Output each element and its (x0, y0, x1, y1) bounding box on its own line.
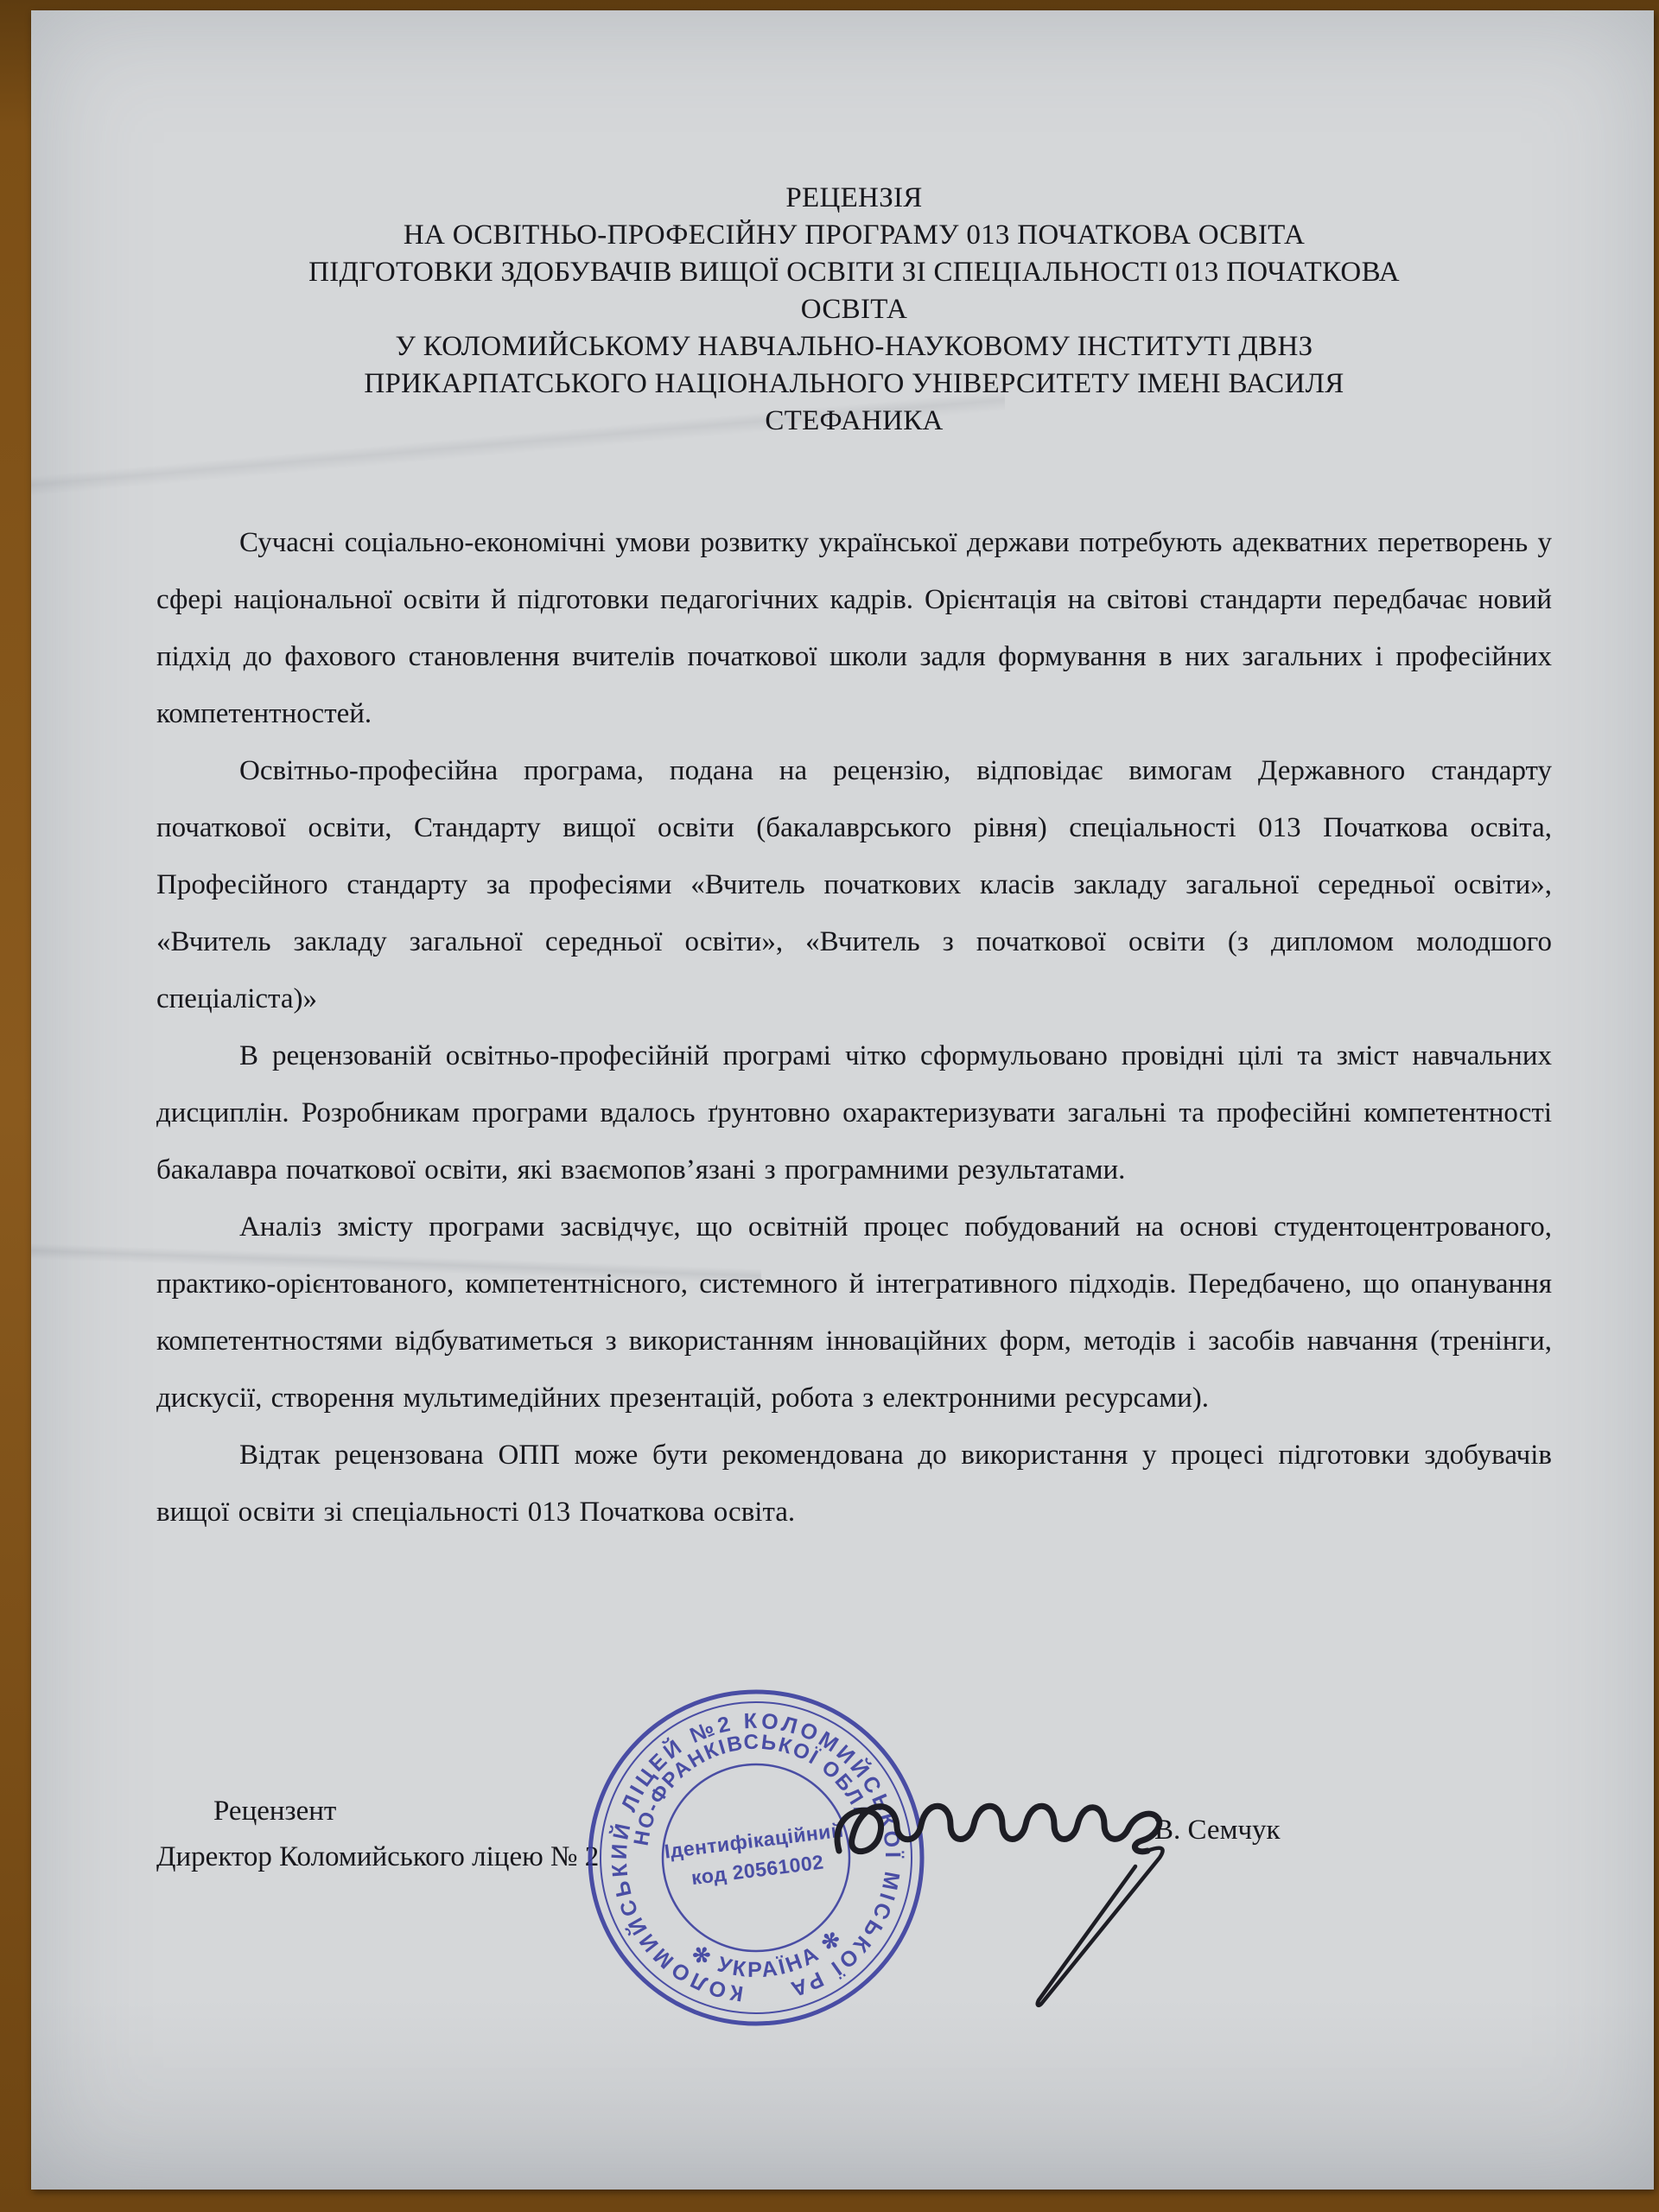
reviewer-position: Директор Коломийського ліцею № 2 (156, 1834, 599, 1880)
document-content: РЕЦЕНЗІЯ НА ОСВІТНЬО-ПРОФЕСІЙНУ ПРОГРАМУ… (156, 10, 1552, 1541)
document-title: РЕЦЕНЗІЯ НА ОСВІТНЬО-ПРОФЕСІЙНУ ПРОГРАМУ… (156, 180, 1552, 440)
handwritten-signature (791, 1764, 1344, 2041)
photographed-document: РЕЦЕНЗІЯ НА ОСВІТНЬО-ПРОФЕСІЙНУ ПРОГРАМУ… (0, 0, 1659, 2212)
paragraph: В рецензованій освітньо-професійній прог… (156, 1027, 1552, 1198)
paragraph: Відтак рецензована ОПП може бути рекомен… (156, 1427, 1552, 1541)
title-line: У КОЛОМИЙСЬКОМУ НАВЧАЛЬНО-НАУКОВОМУ ІНСТ… (156, 328, 1552, 365)
title-line: НА ОСВІТНЬО-ПРОФЕСІЙНУ ПРОГРАМУ 013 ПОЧА… (156, 217, 1552, 254)
document-body: Сучасні соціально-економічні умови розви… (156, 514, 1552, 1541)
reviewer-name: В. Семчук (1154, 1815, 1281, 1847)
title-line: ПРИКАРПАТСЬКОГО НАЦІОНАЛЬНОГО УНІВЕРСИТЕ… (156, 365, 1552, 403)
signature-block: Рецензент Директор Коломийського ліцею №… (156, 1789, 599, 1880)
title-line: ПІДГОТОВКИ ЗДОБУВАЧІВ ВИЩОЇ ОСВІТИ ЗІ СП… (156, 254, 1552, 291)
title-line: ОСВІТА (156, 291, 1552, 328)
paragraph: Аналіз змісту програми засвідчує, що осв… (156, 1198, 1552, 1427)
title-line: РЕЦЕНЗІЯ (156, 180, 1552, 217)
paragraph: Сучасні соціально-економічні умови розви… (156, 514, 1552, 742)
reviewer-role-label: Рецензент (213, 1789, 599, 1834)
paper-sheet: РЕЦЕНЗІЯ НА ОСВІТНЬО-ПРОФЕСІЙНУ ПРОГРАМУ… (31, 10, 1654, 2190)
paragraph: Освітньо-професійна програма, подана на … (156, 742, 1552, 1027)
title-line: СТЕФАНИКА (156, 403, 1552, 440)
